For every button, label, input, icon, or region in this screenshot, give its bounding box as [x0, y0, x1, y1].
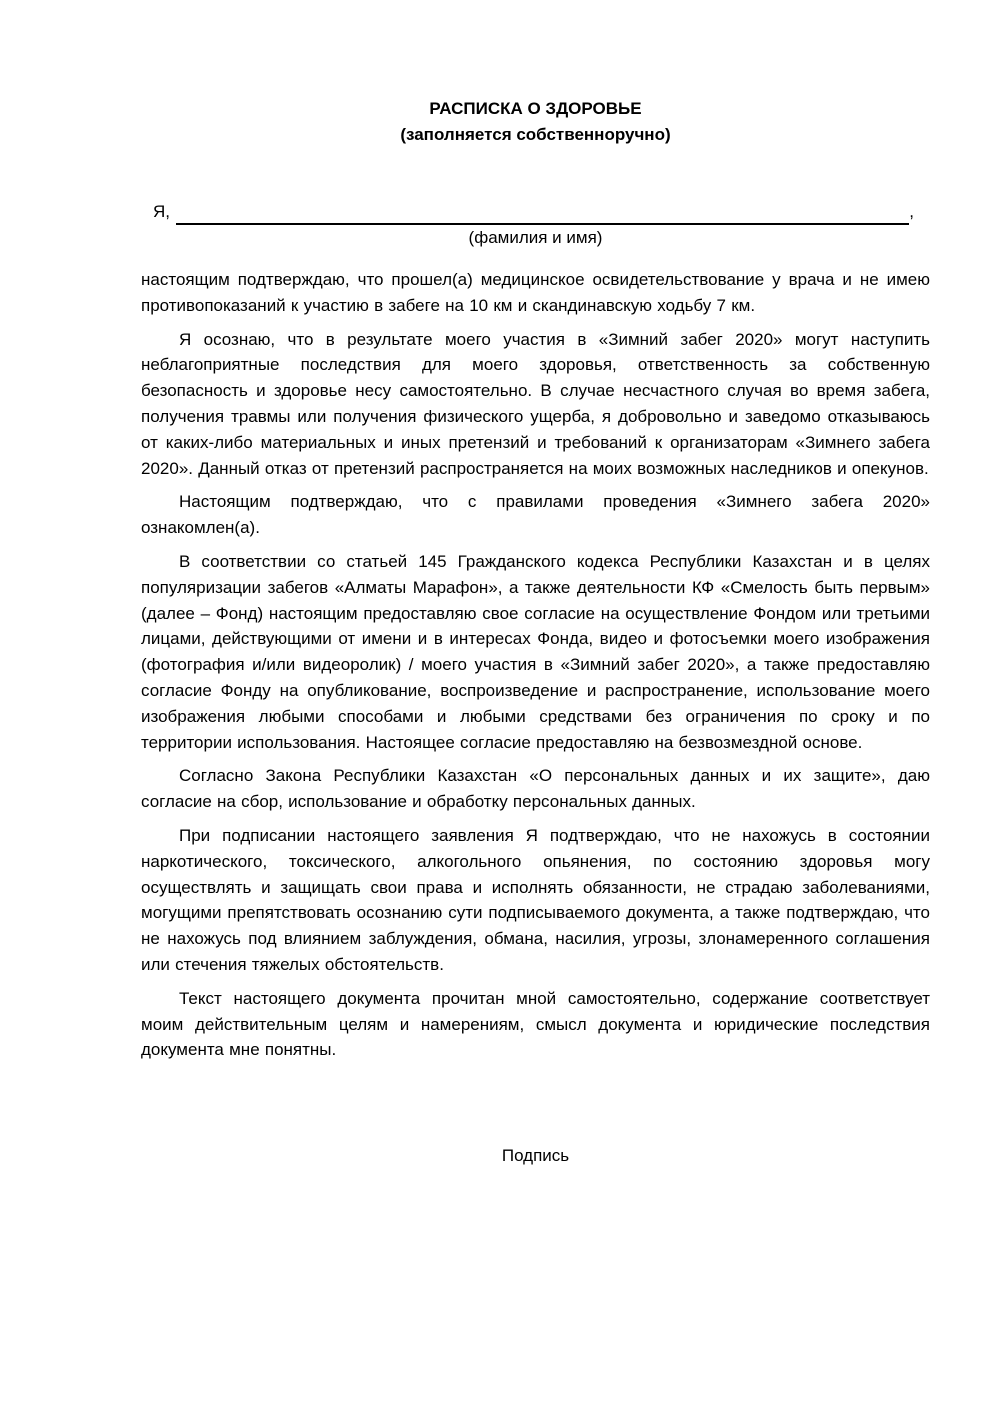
name-line-suffix: ,	[909, 199, 914, 225]
paragraph: настоящим подтверждаю, что прошел(а) мед…	[141, 267, 930, 319]
paragraph: Текст настоящего документа прочитан мной…	[141, 986, 930, 1063]
document-page: РАСПИСКА О ЗДОРОВЬЕ (заполняется собстве…	[0, 0, 1000, 1414]
paragraph: Настоящим подтверждаю, что с правилами п…	[141, 489, 930, 541]
name-line-caption: (фамилия и имя)	[141, 225, 930, 251]
signature-label: Подпись	[141, 1143, 930, 1169]
name-line: Я, ,	[141, 198, 930, 225]
paragraph: Я осознаю, что в результате моего участи…	[141, 327, 930, 482]
paragraphs-block: настоящим подтверждаю, что прошел(а) мед…	[141, 267, 930, 1063]
paragraph: Согласно Закона Республики Казахстан «О …	[141, 763, 930, 815]
name-field[interactable]	[176, 200, 909, 225]
document-subtitle: (заполняется собственноручно)	[141, 122, 930, 148]
paragraph: В соответствии со статьей 145 Гражданско…	[141, 549, 930, 755]
paragraph: При подписании настоящего заявления Я по…	[141, 823, 930, 978]
name-line-prefix: Я,	[153, 199, 170, 225]
document-title: РАСПИСКА О ЗДОРОВЬЕ	[141, 96, 930, 122]
document-body: РАСПИСКА О ЗДОРОВЬЕ (заполняется собстве…	[141, 96, 930, 1169]
title-block: РАСПИСКА О ЗДОРОВЬЕ (заполняется собстве…	[141, 96, 930, 148]
